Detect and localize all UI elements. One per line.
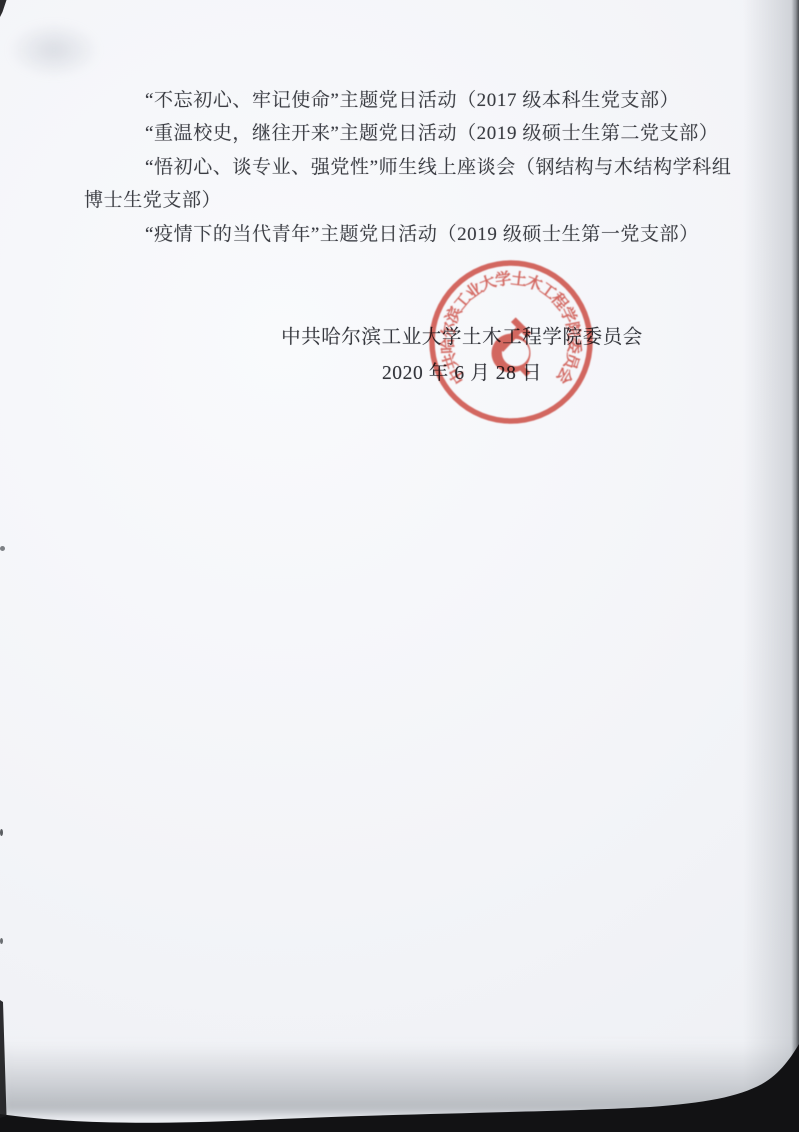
scan-edge-bottom: [0, 1000, 799, 1132]
scan-corner-top-left: [0, 0, 12, 20]
activity-line: “不忘初心、牢记使命”主题党日活动（2017 级本科生党支部）: [84, 84, 734, 117]
activity-line: “疫情下的当代青年”主题党日活动（2019 级硕士生第一党支部）: [84, 218, 734, 251]
hammer-and-sickle-icon: [492, 317, 532, 376]
paper-speck: [0, 829, 3, 836]
paper-speck: [0, 938, 3, 944]
paper-smudge: [8, 22, 100, 78]
paper-speck: [0, 546, 5, 551]
page-curl-shadow: [0, 1042, 799, 1114]
body-text: “不忘初心、牢记使命”主题党日活动（2017 级本科生党支部） “重温校史，继往…: [84, 84, 734, 251]
activity-line-continuation: 博士生党支部）: [84, 184, 734, 217]
scanned-document-page: “不忘初心、牢记使命”主题党日活动（2017 级本科生党支部） “重温校史，继往…: [0, 0, 799, 1132]
activity-line: “重温校史，继往开来”主题党日活动（2019 级硕士生第二党支部）: [84, 117, 734, 150]
activity-line: “悟初心、谈专业、强党性”师生线上座谈会（钢结构与木结构学科组: [84, 151, 734, 184]
scan-edge-right: [792, 0, 799, 1132]
official-seal: 中共哈尔滨工业大学土木工程学院委员会: [423, 254, 599, 430]
